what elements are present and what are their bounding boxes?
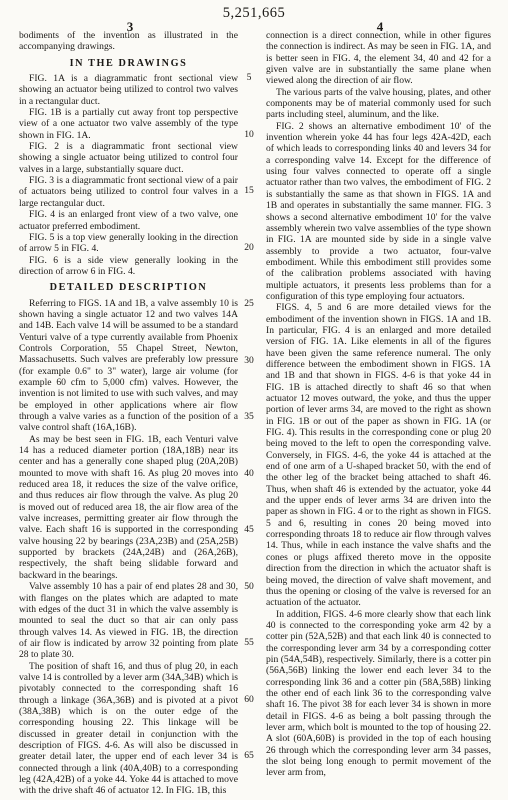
line-number: 60 [236, 694, 262, 705]
line-number: 35 [236, 411, 262, 422]
line-number: 5 [236, 72, 262, 83]
section-heading: DETAILED DESCRIPTION [19, 282, 238, 293]
paragraph: FIG. 2 shows an alternative embodiment 1… [266, 121, 491, 303]
paragraph: The position of shaft 16, and thus of pl… [19, 661, 238, 797]
patent-page: 5,251,665 3 4 bodiments of the invention… [0, 0, 508, 800]
line-number-gutter: 5101520253035404550556065 [236, 0, 264, 800]
paragraph: FIG. 6 is a side view generally looking … [19, 255, 238, 278]
paragraph: As may be best seen in FIG. 1B, each Ven… [19, 434, 238, 581]
paragraph: bodiments of the invention as illustrate… [19, 30, 238, 53]
line-number: 45 [236, 524, 262, 535]
paragraph: Referring to FIGS. 1A and 1B, a valve as… [19, 298, 238, 434]
section-heading: IN THE DRAWINGS [19, 58, 238, 69]
line-number: 15 [236, 185, 262, 196]
paragraph: FIG. 5 is a top view generally looking i… [19, 232, 238, 255]
line-number: 65 [236, 750, 262, 761]
line-number: 20 [236, 242, 262, 253]
line-number: 55 [236, 637, 262, 648]
paragraph: connection is a direct connection, while… [266, 30, 491, 87]
left-column: bodiments of the invention as illustrate… [19, 30, 238, 798]
line-number: 50 [236, 581, 262, 592]
paragraph: The various parts of the valve housing, … [266, 87, 491, 121]
line-number: 10 [236, 129, 262, 140]
paragraph: FIG. 4 is an enlarged front view of a tw… [19, 209, 238, 232]
paragraph: FIG. 1B is a partially cut away front to… [19, 107, 238, 141]
paragraph: Valve assembly 10 has a pair of end plat… [19, 581, 238, 660]
paragraph: FIG. 2 is a diagrammatic front sectional… [19, 141, 238, 175]
line-number: 25 [236, 298, 262, 309]
paragraph: In addition, FIGS. 4-6 more clearly show… [266, 609, 491, 779]
line-number: 40 [236, 468, 262, 479]
line-number: 30 [236, 355, 262, 366]
paragraph: FIGS. 4, 5 and 6 are more detailed views… [266, 302, 491, 608]
paragraph: FIG. 3 is a diagrammatic front sectional… [19, 175, 238, 209]
right-column: connection is a direct connection, while… [266, 30, 491, 798]
paragraph: FIG. 1A is a diagrammatic front sectiona… [19, 73, 238, 107]
